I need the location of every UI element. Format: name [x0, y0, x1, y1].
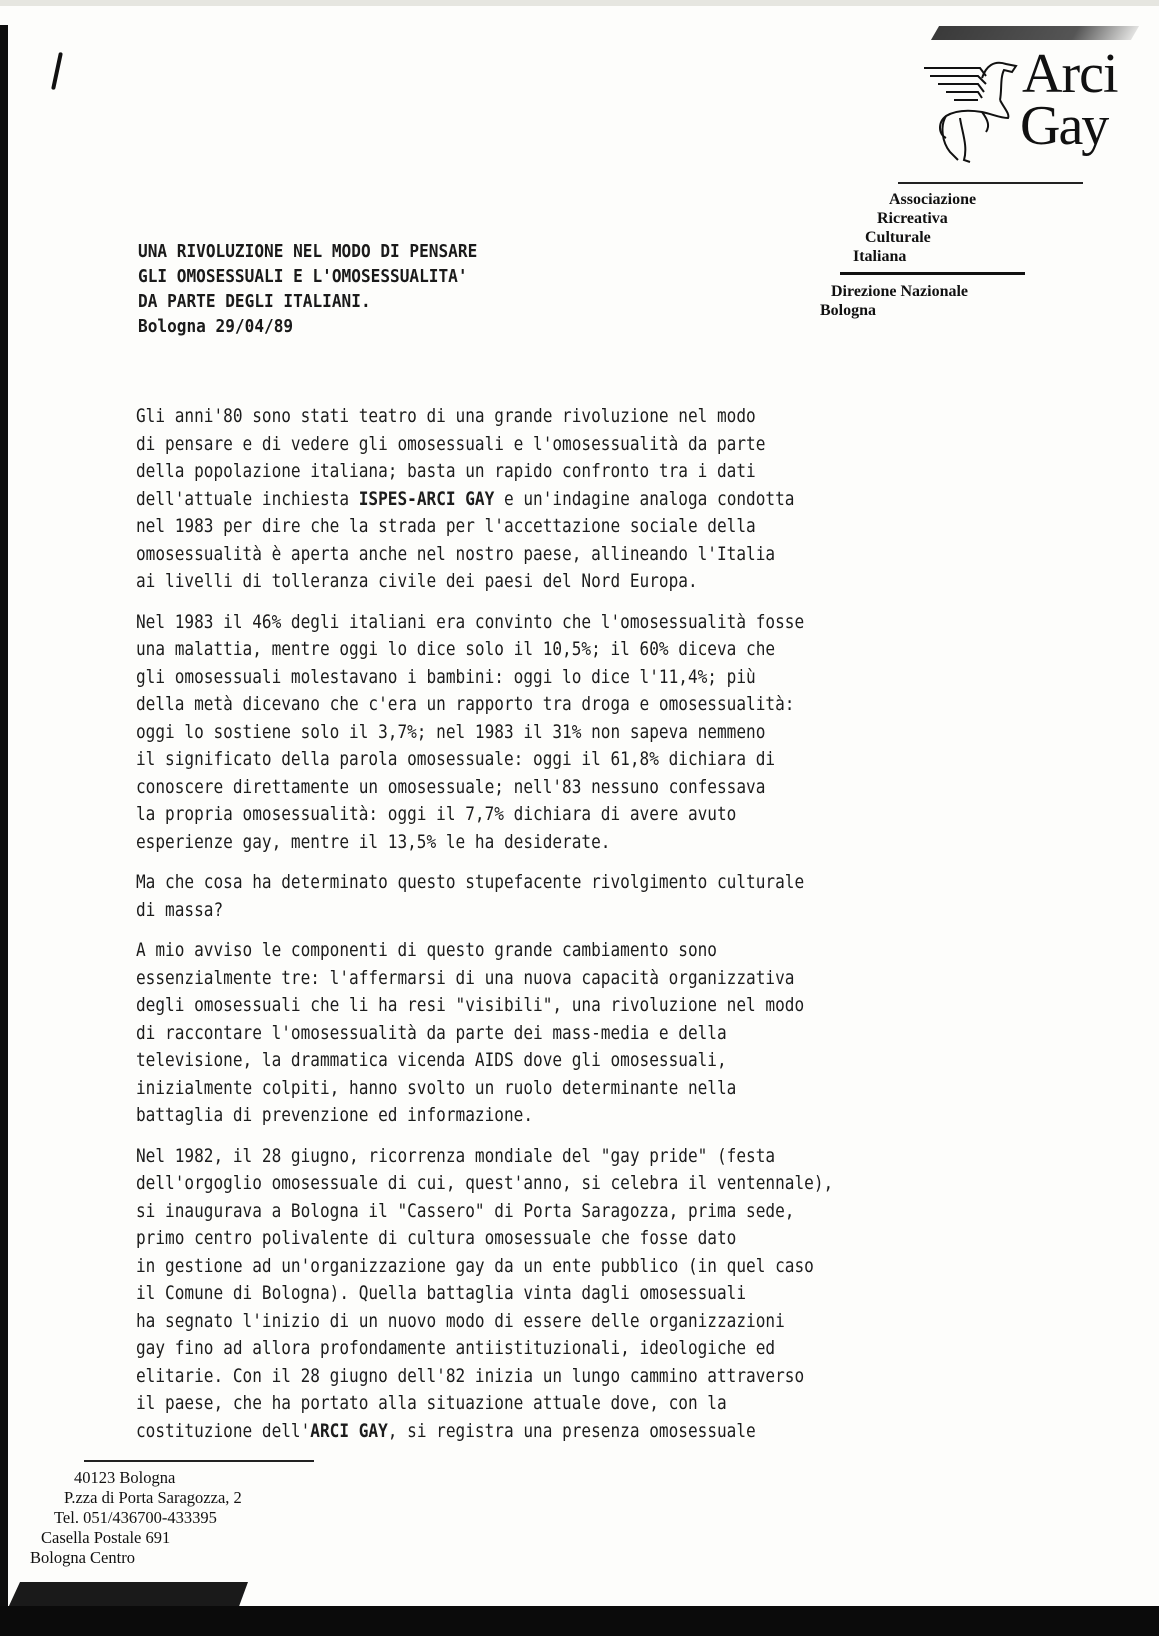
- footer-line: Tel. 051/436700-433395: [54, 1508, 217, 1528]
- footer-decorative-band: [8, 1582, 248, 1608]
- text-line: ha segnato l'inizio di un nuovo modo di …: [136, 1308, 966, 1336]
- text-line: di raccontare l'omosessualità da parte d…: [136, 1020, 966, 1048]
- text-line: nel 1983 per dire che la strada per l'ac…: [136, 513, 966, 541]
- text-line: essenzialmente tre: l'affermarsi di una …: [136, 965, 966, 993]
- text-line: inizialmente colpiti, hanno svolto un ru…: [136, 1075, 966, 1103]
- association-line: Italiana: [853, 247, 906, 267]
- text-line: gli omosessuali molestavano i bambini: o…: [136, 664, 966, 692]
- text-line: in gestione ad un'organizzazione gay da …: [136, 1253, 966, 1281]
- text-line: dell'orgoglio omosessuale di cui, quest'…: [136, 1170, 966, 1198]
- footer-line: P.zza di Porta Saragozza, 2: [64, 1488, 242, 1508]
- document-title: UNA RIVOLUZIONE NEL MODO DI PENSARE GLI …: [138, 240, 477, 340]
- footer-divider: [84, 1460, 314, 1462]
- text-line: Gli anni'80 sono stati teatro di una gra…: [136, 403, 966, 431]
- text-line: esperienze gay, mentre il 13,5% le ha de…: [136, 829, 966, 857]
- text-line: una malattia, mentre oggi lo dice solo i…: [136, 636, 966, 664]
- text-line: la propria omosessualità: oggi il 7,7% d…: [136, 801, 966, 829]
- bold-org-name: ISPES-ARCI GAY: [359, 489, 495, 510]
- paragraph-history: Nel 1982, il 28 giugno, ricorrenza mondi…: [136, 1143, 966, 1446]
- footer-line: Bologna Centro: [30, 1548, 135, 1568]
- title-line: GLI OMOSESSUALI E L'OMOSESSUALITA': [138, 265, 477, 290]
- text-line: primo centro polivalente di cultura omos…: [136, 1225, 966, 1253]
- title-line: DA PARTE DEGLI ITALIANI.: [138, 290, 477, 315]
- text-line: di massa?: [136, 897, 966, 925]
- text-line: omosessualità è aperta anche nel nostro …: [136, 541, 966, 569]
- handwritten-pen-mark: [51, 52, 63, 90]
- office-line: Bologna: [820, 301, 876, 321]
- text-line: ai livelli di tolleranza civile dei paes…: [136, 568, 966, 596]
- text-line: il Comune di Bologna). Quella battaglia …: [136, 1280, 966, 1308]
- text-line: dell'attuale inchiesta ISPES-ARCI GAY e …: [136, 486, 966, 514]
- page-top-edge: [0, 0, 1159, 6]
- footer-line: 40123 Bologna: [74, 1468, 175, 1488]
- association-divider: [840, 272, 1025, 275]
- office-line: Direzione Nazionale: [831, 282, 968, 302]
- text-line: si inaugurava a Bologna il "Cassero" di …: [136, 1198, 966, 1226]
- footer-line: Casella Postale 691: [41, 1528, 170, 1548]
- pegasus-icon: [920, 56, 1030, 166]
- text-line: degli omosessuali che li ha resi "visibi…: [136, 992, 966, 1020]
- bold-org-name: ARCI GAY: [310, 1421, 387, 1442]
- text-line: Nel 1982, il 28 giugno, ricorrenza mondi…: [136, 1143, 966, 1171]
- text-line: battaglia di prevenzione ed informazione…: [136, 1102, 966, 1130]
- letterhead-divider: [898, 182, 1083, 184]
- text-line: Nel 1983 il 46% degli italiani era convi…: [136, 609, 966, 637]
- text-line: il significato della parola omosessuale:…: [136, 746, 966, 774]
- text-line: Ma che cosa ha determinato questo stupef…: [136, 869, 966, 897]
- scan-left-edge: [0, 25, 8, 1636]
- paragraph-question: Ma che cosa ha determinato questo stupef…: [136, 869, 966, 924]
- arci-gay-logo: Arci Gay: [920, 48, 1140, 168]
- association-line: Associazione: [889, 190, 976, 210]
- text-line: il paese, che ha portato alla situazione…: [136, 1390, 966, 1418]
- text-line: A mio avviso le componenti di questo gra…: [136, 937, 966, 965]
- letter-body: Gli anni'80 sono stati teatro di una gra…: [136, 403, 966, 1458]
- text-line: elitarie. Con il 28 giugno dell'82 inizi…: [136, 1363, 966, 1391]
- text-line: televisione, la drammatica vicenda AIDS …: [136, 1047, 966, 1075]
- scan-bottom-edge: [0, 1606, 1159, 1636]
- paragraph-statistics: Nel 1983 il 46% degli italiani era convi…: [136, 609, 966, 857]
- text-line: gay fino ad allora profondamente antiist…: [136, 1335, 966, 1363]
- text-line: conoscere direttamente un omosessuale; n…: [136, 774, 966, 802]
- title-line: UNA RIVOLUZIONE NEL MODO DI PENSARE: [138, 240, 477, 265]
- document-date: Bologna 29/04/89: [138, 315, 477, 340]
- text-line: della metà dicevano che c'era un rapport…: [136, 691, 966, 719]
- association-line: Ricreativa: [877, 209, 948, 229]
- association-line: Culturale: [865, 228, 931, 248]
- text-line: oggi lo sostiene solo il 3,7%; nel 1983 …: [136, 719, 966, 747]
- logo-text-gay: Gay: [1020, 94, 1107, 158]
- text-line: costituzione dell'ARCI GAY, si registra …: [136, 1418, 966, 1446]
- paragraph-intro: Gli anni'80 sono stati teatro di una gra…: [136, 403, 966, 596]
- text-line: di pensare e di vedere gli omosessuali e…: [136, 431, 966, 459]
- paragraph-causes: A mio avviso le componenti di questo gra…: [136, 937, 966, 1130]
- letterhead-decorative-band: [931, 26, 1139, 40]
- text-line: della popolazione italiana; basta un rap…: [136, 458, 966, 486]
